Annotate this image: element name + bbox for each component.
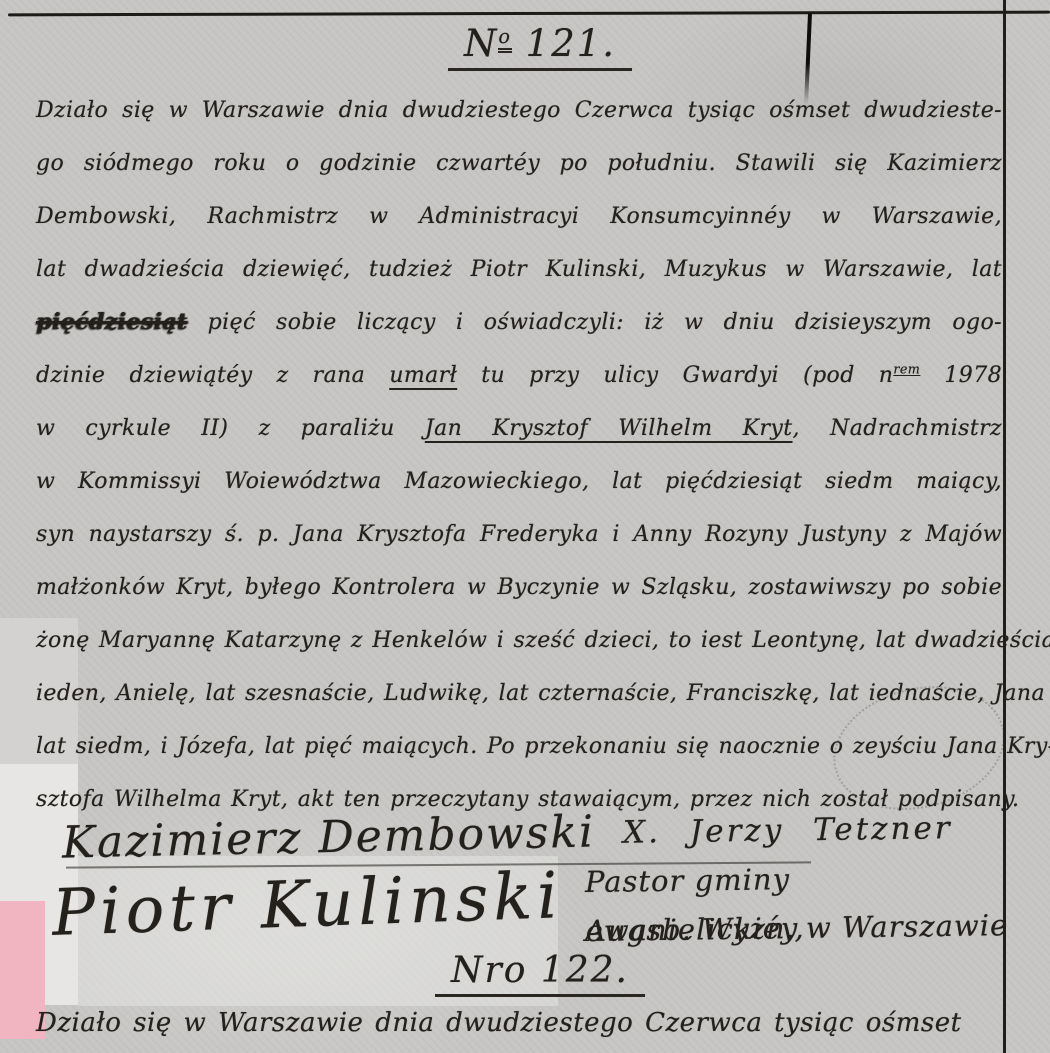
signature-pastor-block: X. Jerzy Tetzner Pastor gminy ewanielick… — [585, 806, 1017, 953]
text-segment: , Nadrachmistrz — [792, 416, 1002, 441]
record-121-text-line: małżonków Kryt, byłego Kontrolera w Bycz… — [36, 561, 1002, 614]
text-segment: Działo się w Warszawie dnia dwudziestego… — [36, 98, 1002, 123]
record-121-number-heading: No 121. — [60, 22, 1020, 71]
text-segment: w Kommissyi Woiewództwa Mazowieckiego, l… — [36, 469, 1002, 494]
text-segment: lat siedm, i Józefa, lat pięć maiących. … — [36, 734, 1050, 759]
text-segment: ieden, Anielę, lat szesnaście, Ludwikę, … — [36, 681, 1045, 706]
record-121-text-line: żonę Maryannę Katarzynę z Henkelów i sze… — [36, 614, 1002, 667]
record-121-text-line: lat siedm, i Józefa, lat pięć maiących. … — [36, 720, 1002, 773]
text-segment: pięć sobie liczący i oświadczyli: iż w d… — [187, 310, 1002, 335]
record-121-text-line: w cyrkule II) z paraliżu Jan Krysztof Wi… — [36, 402, 1002, 455]
text-segment: pięćdziesiąt — [36, 309, 187, 335]
record-122-number-text: Nro 122. — [435, 950, 645, 997]
text-segment: 1978 — [920, 363, 1002, 388]
pastor-title-line-2: Augsb. Wyzn. w Warszawie — [585, 901, 1018, 956]
record-121-text-line: dzinie dziewiątéy z rana umarł tu przy u… — [36, 349, 1002, 402]
text-segment: małżonków Kryt, byłego Kontrolera w Bycz… — [36, 575, 1002, 600]
table-top-border-line — [8, 11, 1050, 17]
record-121-text-line: pięćdziesiąt pięć sobie liczący i oświad… — [36, 296, 1002, 349]
text-segment: dzinie dziewiątéy z rana — [36, 363, 389, 388]
record-122-first-line: Działo się w Warszawie dnia dwudziestego… — [36, 1001, 996, 1045]
text-segment: syn naystarszy ś. p. Jana Krysztofa Fred… — [36, 522, 1002, 547]
record-122-number-heading: Nro 122. — [60, 950, 1020, 997]
record-121-text-line: go siódmego roku o godzinie czwartéy po … — [36, 137, 1002, 190]
text-segment: tu przy ulicy Gwardyi (pod n — [457, 363, 893, 388]
record-number-text: No 121. — [448, 22, 632, 71]
record-121-body: Działo się w Warszawie dnia dwudziestego… — [36, 84, 1002, 826]
record-121-text-line: ieden, Anielę, lat szesnaście, Ludwikę, … — [36, 667, 1002, 720]
record-121-text-line: Działo się w Warszawie dnia dwudziestego… — [36, 84, 1002, 137]
record-121-text-line: lat dwadzieścia dziewięć, tudzież Piotr … — [36, 243, 1002, 296]
record-number-ordinal-mark: o — [498, 25, 512, 53]
text-segment: Jan Krysztof Wilhelm Kryt — [425, 416, 793, 441]
text-segment: w cyrkule II) z paraliżu — [36, 416, 425, 441]
record-121-text-line: w Kommissyi Woiewództwa Mazowieckiego, l… — [36, 455, 1002, 508]
record-number-value: 121. — [512, 22, 616, 65]
text-segment: rem — [893, 363, 920, 378]
scanned-register-page: No 121. Działo się w Warszawie dnia dwud… — [0, 0, 1050, 1053]
text-segment: żonę Maryannę Katarzynę z Henkelów i sze… — [36, 628, 1050, 653]
pastor-title-line-1: Pastor gminy ewanielickiéy, — [585, 852, 1018, 907]
record-number-prefix: N — [464, 22, 498, 65]
record-121-text-line: syn naystarszy ś. p. Jana Krysztofa Fred… — [36, 508, 1002, 561]
text-segment: Dembowski, Rachmistrz w Administracyi Ko… — [36, 204, 1002, 229]
text-segment: umarł — [389, 363, 457, 388]
text-segment: go siódmego roku o godzinie czwartéy po … — [36, 151, 1002, 176]
record-121-text-line: Dembowski, Rachmistrz w Administracyi Ko… — [36, 190, 1002, 243]
pastor-name: X. Jerzy Tetzner — [623, 803, 1018, 857]
text-segment: lat dwadzieścia dziewięć, tudzież Piotr … — [36, 257, 1002, 282]
